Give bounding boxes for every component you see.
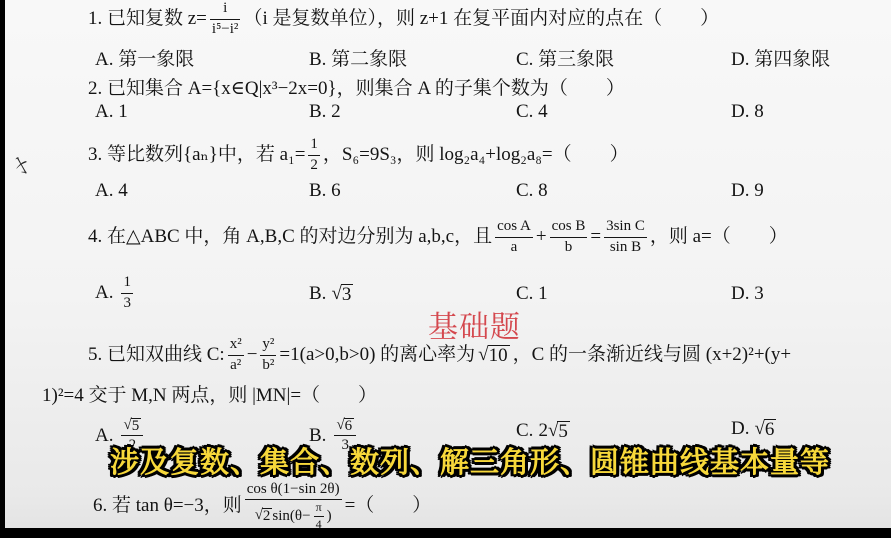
question-5-line-2: 1)²=4 交于 M,N 两点，则 |MN|=（ ） [42, 384, 377, 408]
q5-sqrt10: √ 10 [478, 345, 509, 366]
q3-frac-numerator: 1 [308, 136, 320, 153]
q2-option-c: C. 4 [516, 101, 548, 123]
q1-option-d: D. 第四象限 [731, 44, 830, 71]
q2-option-d: D. 8 [731, 101, 764, 123]
q4-frac3-numerator: 3sin C [604, 218, 647, 235]
q4-text-pre: 4. 在△ABC 中，角 A,B,C 的对边分别为 a,b,c，且 [88, 226, 492, 249]
q6-den-sqrt: √ 2 [255, 508, 273, 525]
q6-numerator: cos θ(1−sin 2θ) [245, 481, 342, 498]
q4-option-b: B. √ 3 [309, 283, 353, 305]
left-black-edge [0, 0, 5, 538]
q4-frac1-numerator: cos A [495, 218, 533, 235]
q6-den-pi-fraction: π 4 [314, 501, 324, 532]
q4-option-b-label: B. [309, 283, 326, 305]
q3-fraction: 1 2 [308, 136, 320, 174]
radicand: 6 [344, 418, 355, 435]
fraction-bar [334, 435, 356, 436]
q6-fraction: cos θ(1−sin 2θ) √ 2 sin(θ− π 4 ) [245, 481, 342, 532]
q3-option-b: B. 6 [309, 180, 341, 202]
radicand: 5 [131, 418, 142, 435]
radicand: 5 [557, 421, 570, 442]
q4-option-b-sqrt: √ 3 [331, 284, 353, 305]
q6-denominator: √ 2 sin(θ− π 4 ) [253, 501, 334, 532]
q4-frac1-denominator: a [509, 239, 520, 256]
question-2: 2. 已知集合 A={x∈Q|x³−2x=0}，则集合 A 的子集个数为（ ） [88, 77, 625, 101]
q4-frac3-denominator: sin B [608, 239, 643, 256]
q1-fraction: i i⁵−i² [210, 0, 241, 38]
q1-frac-numerator: i [221, 0, 229, 17]
fraction-bar [121, 293, 133, 294]
q5-optc-coefficient: 2 [538, 420, 548, 442]
q5-text-tail: ，C 的一条渐近线与圆 (x+2)²+(y+ [513, 344, 792, 367]
q5-optb-numerator: √ 6 [334, 418, 356, 435]
q3-text-post: ，S₆=9S₃，则 log₂a₄+log₂a₈=（ ） [323, 144, 629, 167]
q5-option-d-label: D. [731, 418, 749, 440]
q4-option-a-label: A. [95, 282, 113, 304]
radicand: 3 [341, 284, 354, 305]
question-4: 4. 在△ABC 中，角 A,B,C 的对边分别为 a,b,c，且 cos A … [88, 213, 788, 261]
q1-option-c: C. 第三象限 [516, 44, 614, 71]
q5-optb-sqrt: √ 6 [336, 418, 354, 435]
q4-option-a-fraction: 1 3 [121, 274, 133, 312]
handwritten-side-mark: 乄 [6, 153, 35, 177]
q5-minus-sign: − [247, 344, 258, 367]
q5-fraction-1: x² a² [228, 336, 244, 374]
fraction-bar [228, 355, 244, 356]
q4-frac2-denominator: b [563, 239, 575, 256]
fraction-bar [495, 237, 533, 238]
q6-text-pre: 6. 若 tan θ=−3，则 [93, 495, 242, 518]
q5-text-pre: 5. 已知双曲线 C: [88, 344, 225, 367]
question-3: 3. 等比数列{aₙ}中，若 a₁= 1 2 ，S₆=9S₃，则 log₂a₄+… [88, 133, 629, 177]
q3-frac-denominator: 2 [308, 157, 320, 174]
q1-option-a: A. 第一象限 [95, 44, 194, 71]
q4-fraction-3: 3sin C sin B [604, 218, 647, 256]
q4-option-d: D. 3 [731, 283, 764, 305]
q2-option-a: A. 1 [95, 101, 128, 123]
q6-pi-numerator: π [314, 501, 324, 515]
q3-option-c: C. 8 [516, 180, 548, 202]
q6-den-text: sin(θ− [272, 508, 310, 525]
radicand: 6 [764, 419, 777, 440]
q4-opta-denominator: 3 [121, 295, 133, 312]
fraction-bar [604, 237, 647, 238]
q3-option-d: D. 9 [731, 180, 764, 202]
q4-fraction-2: cos B b [550, 218, 588, 256]
fraction-bar [308, 155, 320, 156]
q4-opta-numerator: 1 [121, 274, 133, 291]
q4-text-post: ，则 a=（ ） [650, 226, 788, 249]
q3-text-pre: 3. 等比数列{aₙ}中，若 a₁= [88, 144, 305, 167]
q6-den-close-paren: ) [327, 508, 332, 525]
fraction-bar [121, 435, 143, 436]
q1-text-pre: 1. 已知复数 z= [88, 8, 207, 31]
q5-text-mid: =1(a>0,b>0) 的离心率为 [279, 344, 475, 367]
q5-option-c: C. 2 √ 5 [516, 420, 570, 442]
basic-questions-overlay-label: 基础题 [428, 302, 521, 346]
q4-equals-sign: = [590, 226, 601, 249]
exam-page: 乄 1. 已知复数 z= i i⁵−i² （i 是复数单位），则 z+1 在复平… [0, 0, 891, 538]
q1-frac-denominator: i⁵−i² [210, 21, 241, 38]
radicand: 2 [262, 508, 273, 525]
q3-option-a: A. 4 [95, 180, 128, 202]
q1-text-post: （i 是复数单位），则 z+1 在复平面内对应的点在（ ） [243, 8, 719, 31]
fraction-bar [245, 499, 342, 500]
bottom-letterbox-bar [0, 528, 891, 538]
q2-option-b: B. 2 [309, 101, 341, 123]
q4-option-a: A. 1 3 [95, 269, 136, 317]
q5-opta-sqrt: √ 5 [123, 418, 141, 435]
q5-frac1-numerator: x² [228, 336, 244, 353]
q5-optd-sqrt: √ 6 [754, 419, 776, 440]
question-1: 1. 已知复数 z= i i⁵−i² （i 是复数单位），则 z+1 在复平面内… [88, 0, 719, 48]
q5-frac1-denominator: a² [228, 357, 243, 374]
q5-fraction-2: y² b² [260, 336, 276, 374]
fraction-bar [550, 237, 588, 238]
q4-fraction-1: cos A a [495, 218, 533, 256]
q5-frac2-numerator: y² [260, 336, 276, 353]
q4-plus-sign: + [536, 226, 547, 249]
fraction-bar [210, 19, 241, 20]
q5-option-c-label: C. [516, 420, 533, 442]
radicand: 10 [488, 345, 510, 366]
q5-frac2-denominator: b² [260, 357, 276, 374]
q1-option-b: B. 第二象限 [309, 44, 407, 71]
q6-text-post: =（ ） [345, 495, 432, 518]
q5-option-d: D. √ 6 [731, 418, 776, 440]
q4-frac2-numerator: cos B [550, 218, 588, 235]
fraction-bar [260, 355, 276, 356]
q5-opta-numerator: √ 5 [121, 418, 143, 435]
q5-optc-sqrt: √ 5 [548, 421, 570, 442]
topic-summary-overlay-banner: 涉及复数、集合、数列、解三角形、圆锥曲线基本量等 [110, 440, 830, 481]
